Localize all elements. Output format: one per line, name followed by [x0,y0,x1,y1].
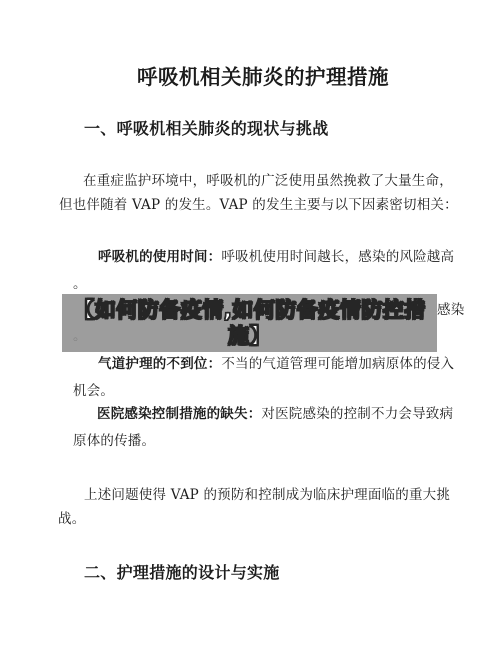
section-2-heading: 二、护理措施的设计与实施 [84,560,280,583]
intro-line-2: 但也伴随着 VAP 的发生。VAP 的发生主要与以下因素密切相关： [59,198,458,214]
hidden-bullet-visible-fragment: 感染 [437,303,464,319]
section-1-heading: 一、呼吸机相关肺炎的现状与挑战 [84,116,329,139]
bullet-desc: 对医院感染的控制不力会导致病 [261,406,453,422]
bullet-term: 呼吸机的使用时间： [98,249,221,265]
watermark-overlay: 【如何防备疫情,如何防备疫情防控措 施】 [62,294,437,352]
bullet-desc: 不当的气道管理可能增加病原体的侵入 [221,356,454,372]
page-title: 呼吸机相关肺炎的护理措施 [0,60,500,90]
document-page: 呼吸机相关肺炎的护理措施 一、呼吸机相关肺炎的现状与挑战 在重症监护环境中，呼吸… [0,0,500,647]
bullet-term: 气道护理的不到位： [98,356,221,372]
bullet-ventilator-duration-continuation: 。 [73,277,87,293]
bullet-desc: 呼吸机使用时间越长，感染的风险越高 [221,249,454,265]
bullet-infection-control-continuation: 原体的传播。 [73,434,155,450]
bullet-term: 医院感染控制措施的缺失： [97,406,261,422]
bullet-airway-care-continuation: 机会。 [73,384,114,400]
bullet-airway-care: 气道护理的不到位：不当的气道管理可能增加病原体的侵入 [98,357,454,373]
conclusion-line-1: 上述问题使得 VAP 的预防和控制成为临床护理面临的重大挑 [84,488,450,504]
intro-line-1: 在重症监护环境中，呼吸机的广泛使用虽然挽救了大量生命， [83,174,453,190]
bullet-infection-control: 医院感染控制措施的缺失：对医院感染的控制不力会导致病 [97,407,453,423]
watermark-text-line-2: 施】 [228,323,271,349]
watermark-text-line-1: 【如何防备疫情,如何防备疫情防控措 [73,297,425,323]
bullet-ventilator-duration: 呼吸机的使用时间：呼吸机使用时间越长，感染的风险越高 [98,250,454,266]
conclusion-line-2: 战。 [58,512,85,528]
